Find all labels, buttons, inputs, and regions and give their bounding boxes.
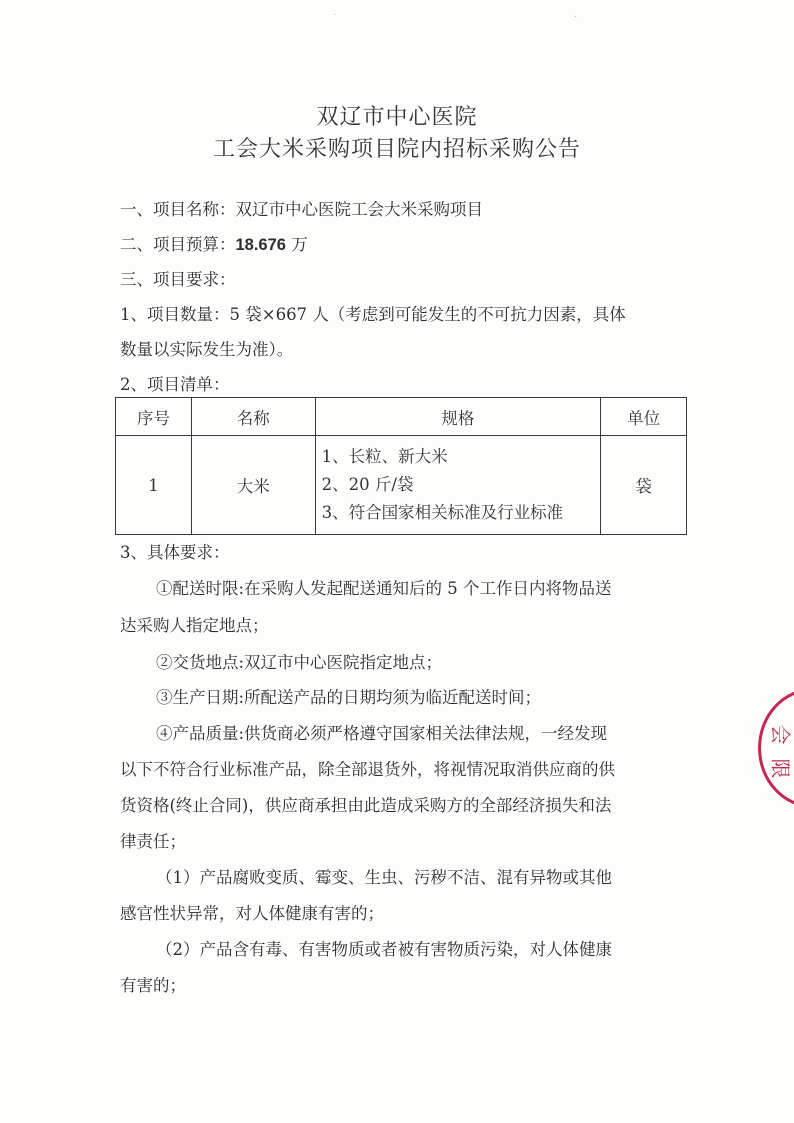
header-spec: 规格 <box>315 398 600 436</box>
spec-line: 2、20 斤/袋 <box>322 471 600 499</box>
project-name-label: 一、项目名称： <box>120 200 236 219</box>
quality-line-3: 货资格(终止合同)，供应商承担由此造成采购方的全部经济损失和法 <box>120 792 611 816</box>
scan-speck: · <box>333 10 336 21</box>
official-seal-stamp <box>758 688 794 808</box>
items-table: 序号 名称 规格 单位 1 大米 1、长粒、新大米 2、20 斤/袋 3、符合国… <box>115 397 687 535</box>
seal-char: 会 <box>768 725 794 745</box>
production-date: ③生产日期:所配送产品的日期均须为临近配送时间； <box>156 684 541 708</box>
document-title-notice: 工会大米采购项目院内招标采购公告 <box>0 132 794 163</box>
quantity-line-1: 1、项目数量：5 袋×667 人（考虑到可能发生的不可抗力因素，具体 <box>120 301 626 325</box>
project-name-value: 双辽市中心医院工会大米采购项目 <box>236 200 484 219</box>
cell-name: 大米 <box>191 436 315 535</box>
quality-line-1: ④产品质量:供货商必须严格遵守国家相关法律法规，一经发现 <box>156 720 607 744</box>
budget-line: 二、项目预算：18.676 万 <box>120 231 308 255</box>
table-row: 1 大米 1、长粒、新大米 2、20 斤/袋 3、符合国家相关标准及行业标准 袋 <box>116 436 687 535</box>
delivery-time-line-1: ①配送时限:在采购人发起配送通知后的 5 个工作日内将物品送 <box>156 575 612 599</box>
seal-char: 限 <box>768 759 794 779</box>
requirements-heading: 三、项目要求： <box>120 266 236 290</box>
delivery-place: ②交货地点:双辽市中心医院指定地点； <box>156 649 442 673</box>
item1-line-1: （1）产品腐败变质、霉变、生虫、污秽不洁、混有异物或其他 <box>156 864 612 888</box>
item2-line-2: 有害的； <box>120 972 186 996</box>
item1-line-2: 感官性状异常，对人体健康有害的； <box>120 900 384 924</box>
spec-line: 3、符合国家相关标准及行业标准 <box>322 499 600 527</box>
budget-label: 二、项目预算： <box>120 235 236 254</box>
specific-heading: 3、具体要求： <box>120 539 230 563</box>
cell-index: 1 <box>116 436 192 535</box>
document-page: · · 双辽市中心医院 工会大米采购项目院内招标采购公告 一、项目名称：双辽市中… <box>0 0 794 1123</box>
quantity-line-2: 数量以实际发生为准）。 <box>120 336 293 360</box>
scan-speck: · <box>574 12 577 23</box>
header-index: 序号 <box>116 398 192 436</box>
quality-line-4: 律责任； <box>120 828 186 852</box>
cell-unit: 袋 <box>601 436 687 535</box>
list-heading: 2、项目清单： <box>120 371 230 395</box>
spec-line: 1、长粒、新大米 <box>322 443 600 471</box>
project-name-line: 一、项目名称：双辽市中心医院工会大米采购项目 <box>120 196 483 220</box>
budget-value: 18.676 <box>236 236 286 254</box>
document-title-hospital: 双辽市中心医院 <box>0 100 794 131</box>
budget-unit: 万 <box>286 235 308 254</box>
header-name: 名称 <box>191 398 315 436</box>
cell-spec: 1、长粒、新大米 2、20 斤/袋 3、符合国家相关标准及行业标准 <box>315 436 600 535</box>
table-header-row: 序号 名称 规格 单位 <box>116 398 687 436</box>
quality-line-2: 以下不符合行业标准产品，除全部退货外，将视情况取消供应商的供 <box>120 756 615 780</box>
item2-line-1: （2）产品含有毒、有害物质或者被有害物质污染，对人体健康 <box>156 936 612 960</box>
delivery-time-line-2: 达采购人指定地点； <box>120 612 269 636</box>
header-unit: 单位 <box>601 398 687 436</box>
